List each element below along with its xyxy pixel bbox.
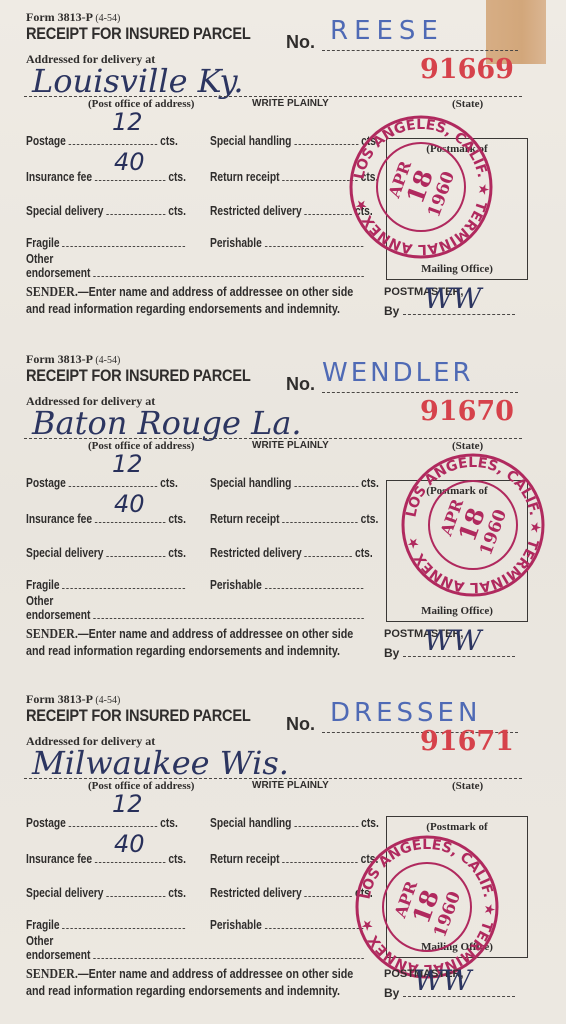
special-handling-field: Special handling cts. — [210, 476, 379, 490]
return-receipt-field: Return receipt cts. — [210, 512, 378, 526]
no-label: No. — [286, 374, 315, 395]
write-plainly-label: WRITE PLAINLY — [252, 440, 329, 451]
addressee-name[interactable]: REESE — [330, 16, 444, 46]
other-label: Other — [26, 252, 53, 266]
insurance-fee-value[interactable]: 40 — [114, 830, 145, 858]
address-line — [24, 96, 522, 97]
receipt-1: Form 3813-P (4-54) RECEIPT FOR INSURED P… — [0, 0, 566, 340]
other-label: Other — [26, 594, 53, 608]
endorsement-field: endorsement — [26, 608, 364, 622]
other-label: Other — [26, 934, 53, 948]
no-line — [322, 392, 518, 393]
state-label: (State) — [452, 780, 483, 792]
special-delivery-field: Special delivery cts. — [26, 204, 186, 218]
receipt-title: RECEIPT FOR INSURED PARCEL — [26, 706, 251, 726]
special-delivery-field: Special delivery cts. — [26, 546, 186, 560]
serial-number: 91671 — [420, 726, 514, 757]
addressee-name[interactable]: DRESSEN — [330, 698, 481, 728]
postmaster-initials[interactable]: WW — [414, 964, 472, 997]
receipt-title: RECEIPT FOR INSURED PARCEL — [26, 366, 251, 386]
state-label: (State) — [452, 98, 483, 110]
restricted-delivery-field: Restricted delivery cts. — [210, 886, 373, 900]
fragile-field: Fragile — [26, 918, 185, 932]
insurance-fee-field: Insurance fee cts. — [26, 512, 186, 526]
endorsement-field: endorsement — [26, 948, 364, 962]
address-line — [24, 438, 522, 439]
special-delivery-field: Special delivery cts. — [26, 886, 186, 900]
insurance-fee-field: Insurance fee cts. — [26, 852, 186, 866]
sender-instructions: SENDER.—Enter name and address of addres… — [26, 284, 353, 317]
postmark-bottom-label: Mailing Office) — [387, 263, 527, 275]
postmark-stamp-icon: LOS ANGELES, CALIF. ★ TERMINAL ANNEX ★ A… — [346, 112, 496, 262]
addressee-name[interactable]: WENDLER — [322, 358, 474, 388]
receipt-title: RECEIPT FOR INSURED PARCEL — [26, 24, 251, 44]
insurance-fee-field: Insurance fee cts. — [26, 170, 186, 184]
postage-value[interactable]: 12 — [112, 790, 143, 818]
postage-field: Postage cts. — [26, 476, 178, 490]
write-plainly-label: WRITE PLAINLY — [252, 98, 329, 109]
insurance-fee-value[interactable]: 40 — [114, 148, 145, 176]
serial-number: 91669 — [420, 54, 514, 85]
perishable-field: Perishable — [210, 578, 363, 592]
special-handling-field: Special handling cts. — [210, 816, 379, 830]
address-handwritten[interactable]: Milwaukee Wis. — [32, 744, 289, 782]
postage-value[interactable]: 12 — [112, 450, 143, 478]
endorsement-field: endorsement — [26, 266, 364, 280]
restricted-delivery-field: Restricted delivery cts. — [210, 546, 373, 560]
receipt-2: Form 3813-P (4-54) RECEIPT FOR INSURED P… — [0, 342, 566, 682]
no-line — [322, 50, 518, 51]
address-handwritten[interactable]: Baton Rouge La. — [32, 404, 302, 442]
postage-field: Postage cts. — [26, 134, 178, 148]
perishable-field: Perishable — [210, 236, 363, 250]
serial-number: 91670 — [420, 396, 514, 427]
postmark-stamp-icon: LOS ANGELES, CALIF. ★ TERMINAL ANNEX ★ A… — [352, 832, 502, 982]
perishable-field: Perishable — [210, 918, 363, 932]
sender-instructions: SENDER.—Enter name and address of addres… — [26, 966, 353, 999]
form-number: Form 3813-P (4-54) — [26, 10, 120, 25]
form-number: Form 3813-P (4-54) — [26, 692, 120, 707]
form-number: Form 3813-P (4-54) — [26, 352, 120, 367]
write-plainly-label: WRITE PLAINLY — [252, 780, 329, 791]
fragile-field: Fragile — [26, 236, 185, 250]
postage-value[interactable]: 12 — [112, 108, 143, 136]
address-handwritten[interactable]: Louisville Ky. — [32, 62, 244, 100]
no-label: No. — [286, 714, 315, 735]
insurance-fee-value[interactable]: 40 — [114, 490, 145, 518]
postmaster-initials[interactable]: WW — [424, 282, 482, 315]
postmaster-initials[interactable]: WW — [424, 624, 482, 657]
sender-instructions: SENDER.—Enter name and address of addres… — [26, 626, 353, 659]
postage-field: Postage cts. — [26, 816, 178, 830]
postmark-bottom-label: Mailing Office) — [387, 605, 527, 617]
no-label: No. — [286, 32, 315, 53]
address-line — [24, 778, 522, 779]
postmark-stamp-icon: LOS ANGELES, CALIF. ★ TERMINAL ANNEX ★ A… — [398, 450, 548, 600]
fragile-field: Fragile — [26, 578, 185, 592]
receipt-3: Form 3813-P (4-54) RECEIPT FOR INSURED P… — [0, 682, 566, 1022]
